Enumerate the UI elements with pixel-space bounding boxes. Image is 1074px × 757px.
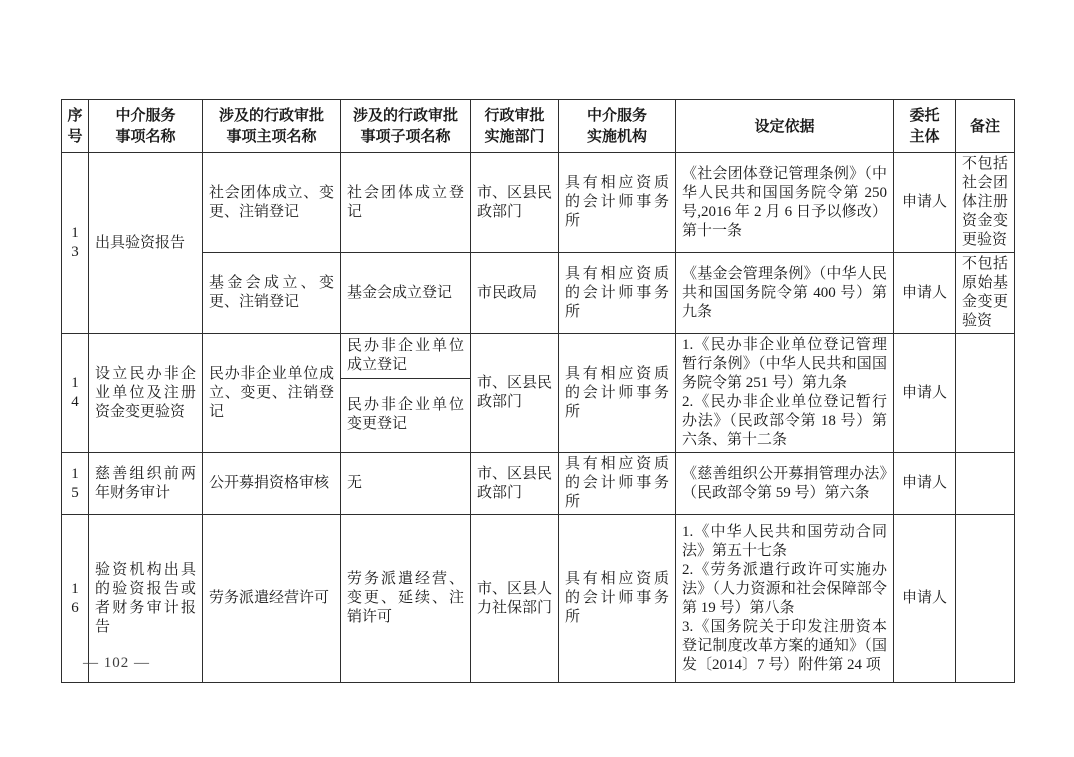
header-main-item: 涉及的行政审批 事项主项名称	[203, 100, 341, 153]
cell-sub-item-13b: 基金会成立登记	[341, 253, 471, 334]
table-row-16: 16 验资机构出具的验资报告或者财务审计报告 劳务派遣经营许可 劳务派遣经营、变…	[62, 515, 1015, 683]
basis-item: 1.《民办非企业单位登记管理暂行条例》（中华人民共和国国务院令第 251 号）第…	[682, 336, 887, 393]
basis-item: 2.《民办非企业单位登记暂行办法》（民政部令第 18 号）第六条、第十二条	[682, 393, 887, 450]
cell-main-item-16: 劳务派遣经营许可	[203, 515, 341, 683]
header-service-name: 中介服务 事项名称	[89, 100, 203, 153]
cell-service-name-13: 出具验资报告	[89, 153, 203, 334]
cell-sub-item-15: 无	[341, 453, 471, 515]
header-row: 序 号 中介服务 事项名称 涉及的行政审批 事项主项名称 涉及的行政审批 事项子…	[62, 100, 1015, 153]
cell-department-15: 市、区县民政部门	[471, 453, 559, 515]
cell-service-name-14: 设立民办非企业单位及注册资金变更验资	[89, 334, 203, 453]
cell-sub-item-14a: 民办非企业单位成立登记	[341, 334, 471, 379]
cell-basis-16: 1.《中华人民共和国劳动合同法》第五十七条 2.《劳务派遣行政许可实施办法》（人…	[676, 515, 894, 683]
cell-remark-14	[956, 334, 1015, 453]
basis-item: 3.《国务院关于印发注册资本登记制度改革方案的通知》（国发〔2014〕7 号）附…	[682, 618, 887, 675]
cell-agency-14: 具有相应资质的会计师事务所	[559, 334, 676, 453]
cell-agency-13a: 具有相应资质的会计师事务所	[559, 153, 676, 253]
cell-sub-item-16: 劳务派遣经营、变更、延续、注销许可	[341, 515, 471, 683]
cell-basis-14: 1.《民办非企业单位登记管理暂行条例》（中华人民共和国国务院令第 251 号）第…	[676, 334, 894, 453]
cell-no-13: 13	[62, 153, 89, 334]
basis-item: 《慈善组织公开募捐管理办法》（民政部令第 59 号）第六条	[682, 465, 887, 503]
cell-remark-13b: 不包括原始基金变更验资	[956, 253, 1015, 334]
cell-principal-16: 申请人	[894, 515, 956, 683]
table-row-13a: 13 出具验资报告 社会团体成立、变更、注销登记 社会团体成立登记 市、区县民政…	[62, 153, 1015, 253]
cell-principal-13a: 申请人	[894, 153, 956, 253]
cell-basis-15: 《慈善组织公开募捐管理办法》（民政部令第 59 号）第六条	[676, 453, 894, 515]
cell-department-16: 市、区县人力社保部门	[471, 515, 559, 683]
cell-agency-15: 具有相应资质的会计师事务所	[559, 453, 676, 515]
table-row-14: 14 设立民办非企业单位及注册资金变更验资 民办非企业单位成立、变更、注销登记 …	[62, 334, 1015, 379]
cell-basis-13b: 《基金会管理条例》（中华人民共和国国务院令第 400 号）第九条	[676, 253, 894, 334]
table-row-15: 15 慈善组织前两年财务审计 公开募捐资格审核 无 市、区县民政部门 具有相应资…	[62, 453, 1015, 515]
page-number: — 102 —	[83, 655, 150, 672]
cell-sub-item-13a: 社会团体成立登记	[341, 153, 471, 253]
cell-remark-13a: 不包括社会团体注册资金变更验资	[956, 153, 1015, 253]
cell-principal-14: 申请人	[894, 334, 956, 453]
header-serial-number: 序 号	[62, 100, 89, 153]
cell-department-13b: 市民政局	[471, 253, 559, 334]
cell-main-item-13b: 基金会成立、变更、注销登记	[203, 253, 341, 334]
table-row-13b: 基金会成立、变更、注销登记 基金会成立登记 市民政局 具有相应资质的会计师事务所…	[62, 253, 1015, 334]
cell-remark-16	[956, 515, 1015, 683]
cell-department-13a: 市、区县民政部门	[471, 153, 559, 253]
basis-item: 《基金会管理条例》（中华人民共和国国务院令第 400 号）第九条	[682, 265, 887, 322]
cell-agency-16: 具有相应资质的会计师事务所	[559, 515, 676, 683]
basis-item: 1.《中华人民共和国劳动合同法》第五十七条	[682, 523, 887, 561]
header-basis: 设定依据	[676, 100, 894, 153]
services-table: 序 号 中介服务 事项名称 涉及的行政审批 事项主项名称 涉及的行政审批 事项子…	[61, 99, 1015, 683]
cell-main-item-15: 公开募捐资格审核	[203, 453, 341, 515]
cell-basis-13a: 《社会团体登记管理条例》（中华人民共和国国务院令第 250 号,2016 年 2…	[676, 153, 894, 253]
cell-principal-15: 申请人	[894, 453, 956, 515]
header-remark: 备注	[956, 100, 1015, 153]
basis-item: 2.《劳务派遣行政许可实施办法》（人力资源和社会保障部令第 19 号）第八条	[682, 561, 887, 618]
cell-no-15: 15	[62, 453, 89, 515]
header-principal: 委托 主体	[894, 100, 956, 153]
cell-service-name-15: 慈善组织前两年财务审计	[89, 453, 203, 515]
cell-remark-15	[956, 453, 1015, 515]
header-sub-item: 涉及的行政审批 事项子项名称	[341, 100, 471, 153]
cell-principal-13b: 申请人	[894, 253, 956, 334]
cell-sub-item-14b: 民办非企业单位变更登记	[341, 378, 471, 452]
header-department: 行政审批 实施部门	[471, 100, 559, 153]
basis-item: 《社会团体登记管理条例》（中华人民共和国国务院令第 250 号,2016 年 2…	[682, 165, 887, 241]
header-agency: 中介服务 实施机构	[559, 100, 676, 153]
cell-department-14: 市、区县民政部门	[471, 334, 559, 453]
cell-main-item-13a: 社会团体成立、变更、注销登记	[203, 153, 341, 253]
document-page: 序 号 中介服务 事项名称 涉及的行政审批 事项主项名称 涉及的行政审批 事项子…	[0, 0, 1074, 757]
cell-no-14: 14	[62, 334, 89, 453]
cell-agency-13b: 具有相应资质的会计师事务所	[559, 253, 676, 334]
cell-main-item-14: 民办非企业单位成立、变更、注销登记	[203, 334, 341, 453]
